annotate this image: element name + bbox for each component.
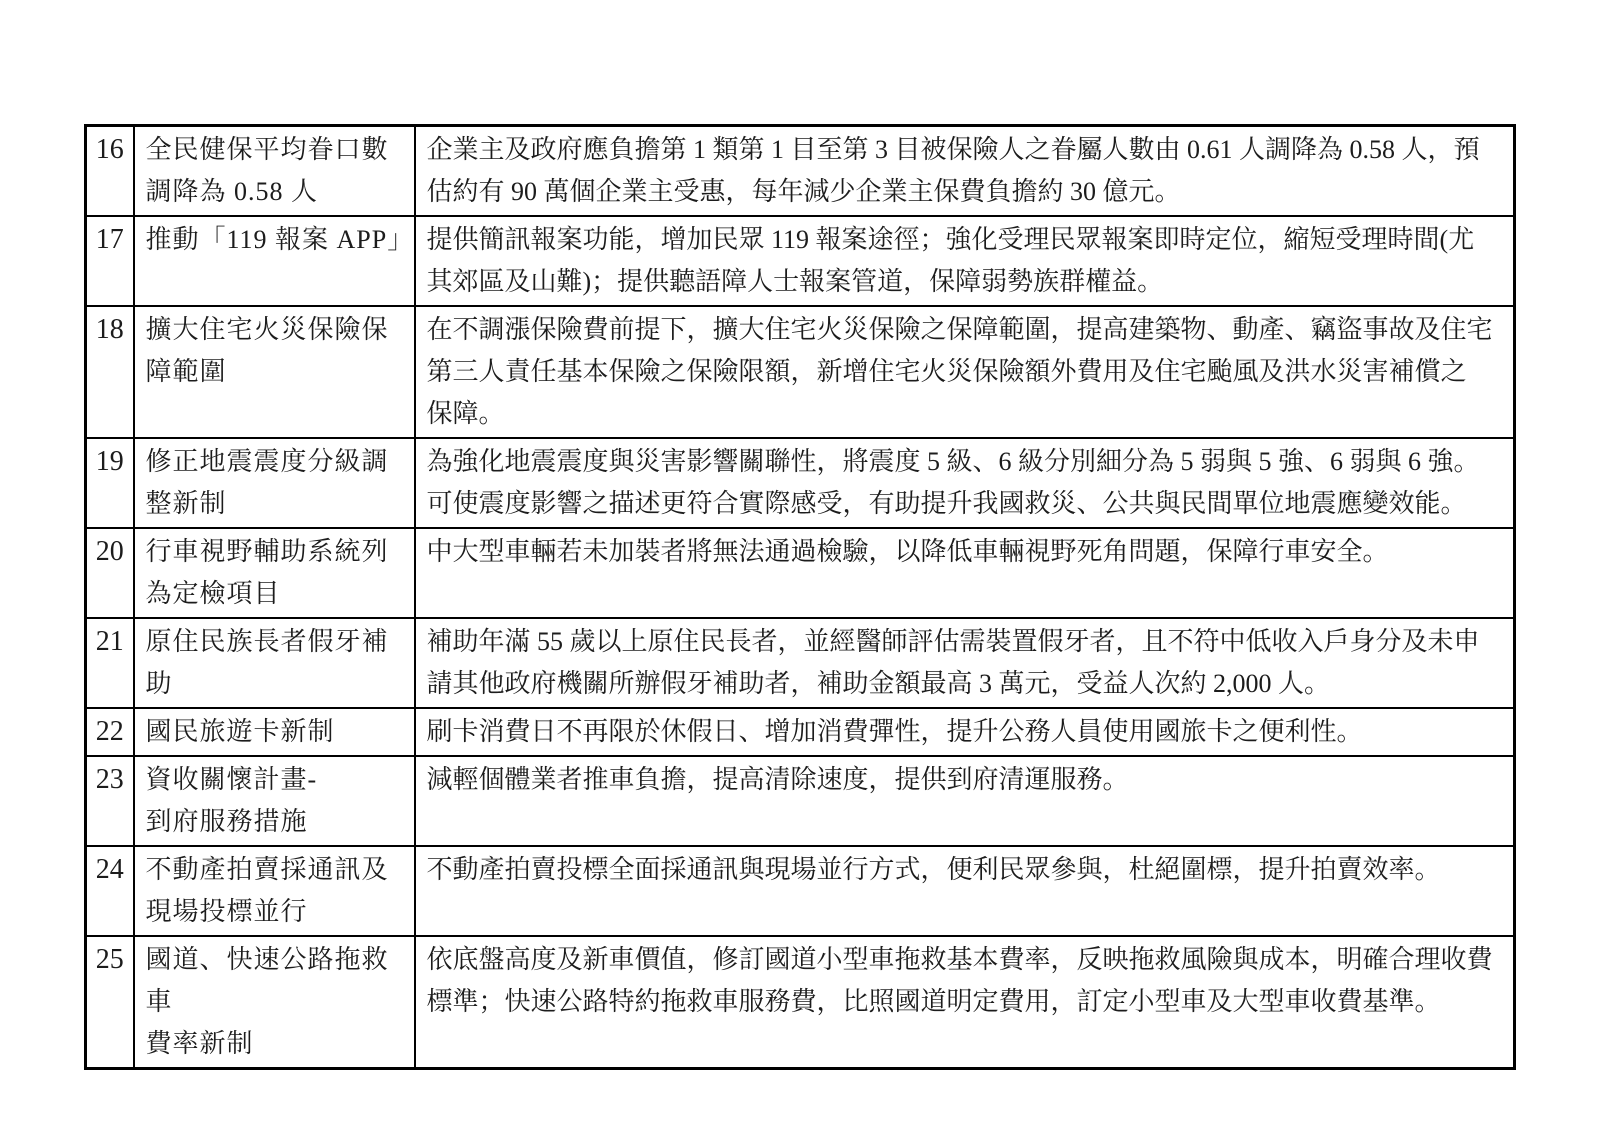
row-title: 資收關懷計畫- 到府服務措施: [134, 756, 415, 846]
row-description: 為強化地震震度與災害影響關聯性，將震度 5 級、6 級分別細分為 5 弱與 5 …: [415, 438, 1515, 528]
row-title: 國道、快速公路拖救車 費率新制: [134, 936, 415, 1069]
row-number: 22: [86, 708, 134, 756]
row-title: 擴大住宅火災保險保 障範圍: [134, 306, 415, 438]
row-description: 提供簡訊報案功能，增加民眾 119 報案途徑；強化受理民眾報案即時定位，縮短受理…: [415, 216, 1515, 306]
row-number: 19: [86, 438, 134, 528]
row-title: 行車視野輔助系統列 為定檢項目: [134, 528, 415, 618]
row-description: 補助年滿 55 歲以上原住民長者，並經醫師評估需裝置假牙者，且不符中低收入戶身分…: [415, 618, 1515, 708]
table-row: 16 全民健保平均眷口數 調降為 0.58 人 企業主及政府應負擔第 1 類第 …: [86, 126, 1515, 217]
table-row: 19 修正地震震度分級調 整新制 為強化地震震度與災害影響關聯性，將震度 5 級…: [86, 438, 1515, 528]
table-row: 23 資收關懷計畫- 到府服務措施 減輕個體業者推車負擔，提高清除速度，提供到府…: [86, 756, 1515, 846]
row-description: 中大型車輛若未加裝者將無法通過檢驗，以降低車輛視野死角問題，保障行車安全。: [415, 528, 1515, 618]
table-row: 25 國道、快速公路拖救車 費率新制 依底盤高度及新車價值，修訂國道小型車拖救基…: [86, 936, 1515, 1069]
row-title: 全民健保平均眷口數 調降為 0.58 人: [134, 126, 415, 217]
row-number: 17: [86, 216, 134, 306]
row-description: 減輕個體業者推車負擔，提高清除速度，提供到府清運服務。: [415, 756, 1515, 846]
row-title: 國民旅遊卡新制: [134, 708, 415, 756]
row-description: 在不調漲保險費前提下，擴大住宅火災保險之保障範圍，提高建築物、動產、竊盜事故及住…: [415, 306, 1515, 438]
row-title: 不動產拍賣採通訊及 現場投標並行: [134, 846, 415, 936]
table-row: 20 行車視野輔助系統列 為定檢項目 中大型車輛若未加裝者將無法通過檢驗，以降低…: [86, 528, 1515, 618]
row-title: 推動「119 報案 APP」: [134, 216, 415, 306]
row-number: 23: [86, 756, 134, 846]
table-row: 22 國民旅遊卡新制 刷卡消費日不再限於休假日、增加消費彈性，提升公務人員使用國…: [86, 708, 1515, 756]
row-description: 依底盤高度及新車價值，修訂國道小型車拖救基本費率，反映拖救風險與成本，明確合理收…: [415, 936, 1515, 1069]
table-row: 17 推動「119 報案 APP」 提供簡訊報案功能，增加民眾 119 報案途徑…: [86, 216, 1515, 306]
table-row: 18 擴大住宅火災保險保 障範圍 在不調漲保險費前提下，擴大住宅火災保險之保障範…: [86, 306, 1515, 438]
table-row: 21 原住民族長者假牙補 助 補助年滿 55 歲以上原住民長者，並經醫師評估需裝…: [86, 618, 1515, 708]
row-description: 企業主及政府應負擔第 1 類第 1 目至第 3 目被保險人之眷屬人數由 0.61…: [415, 126, 1515, 217]
table-row: 24 不動產拍賣採通訊及 現場投標並行 不動產拍賣投標全面採通訊與現場並行方式，…: [86, 846, 1515, 936]
policy-table: 16 全民健保平均眷口數 調降為 0.58 人 企業主及政府應負擔第 1 類第 …: [84, 124, 1516, 1070]
row-number: 25: [86, 936, 134, 1069]
row-description: 刷卡消費日不再限於休假日、增加消費彈性，提升公務人員使用國旅卡之便利性。: [415, 708, 1515, 756]
row-number: 18: [86, 306, 134, 438]
row-title: 原住民族長者假牙補 助: [134, 618, 415, 708]
row-number: 20: [86, 528, 134, 618]
document-page: 16 全民健保平均眷口數 調降為 0.58 人 企業主及政府應負擔第 1 類第 …: [0, 0, 1600, 1131]
row-number: 24: [86, 846, 134, 936]
row-number: 16: [86, 126, 134, 217]
row-number: 21: [86, 618, 134, 708]
row-title: 修正地震震度分級調 整新制: [134, 438, 415, 528]
row-description: 不動產拍賣投標全面採通訊與現場並行方式，便利民眾參與，杜絕圍標，提升拍賣效率。: [415, 846, 1515, 936]
